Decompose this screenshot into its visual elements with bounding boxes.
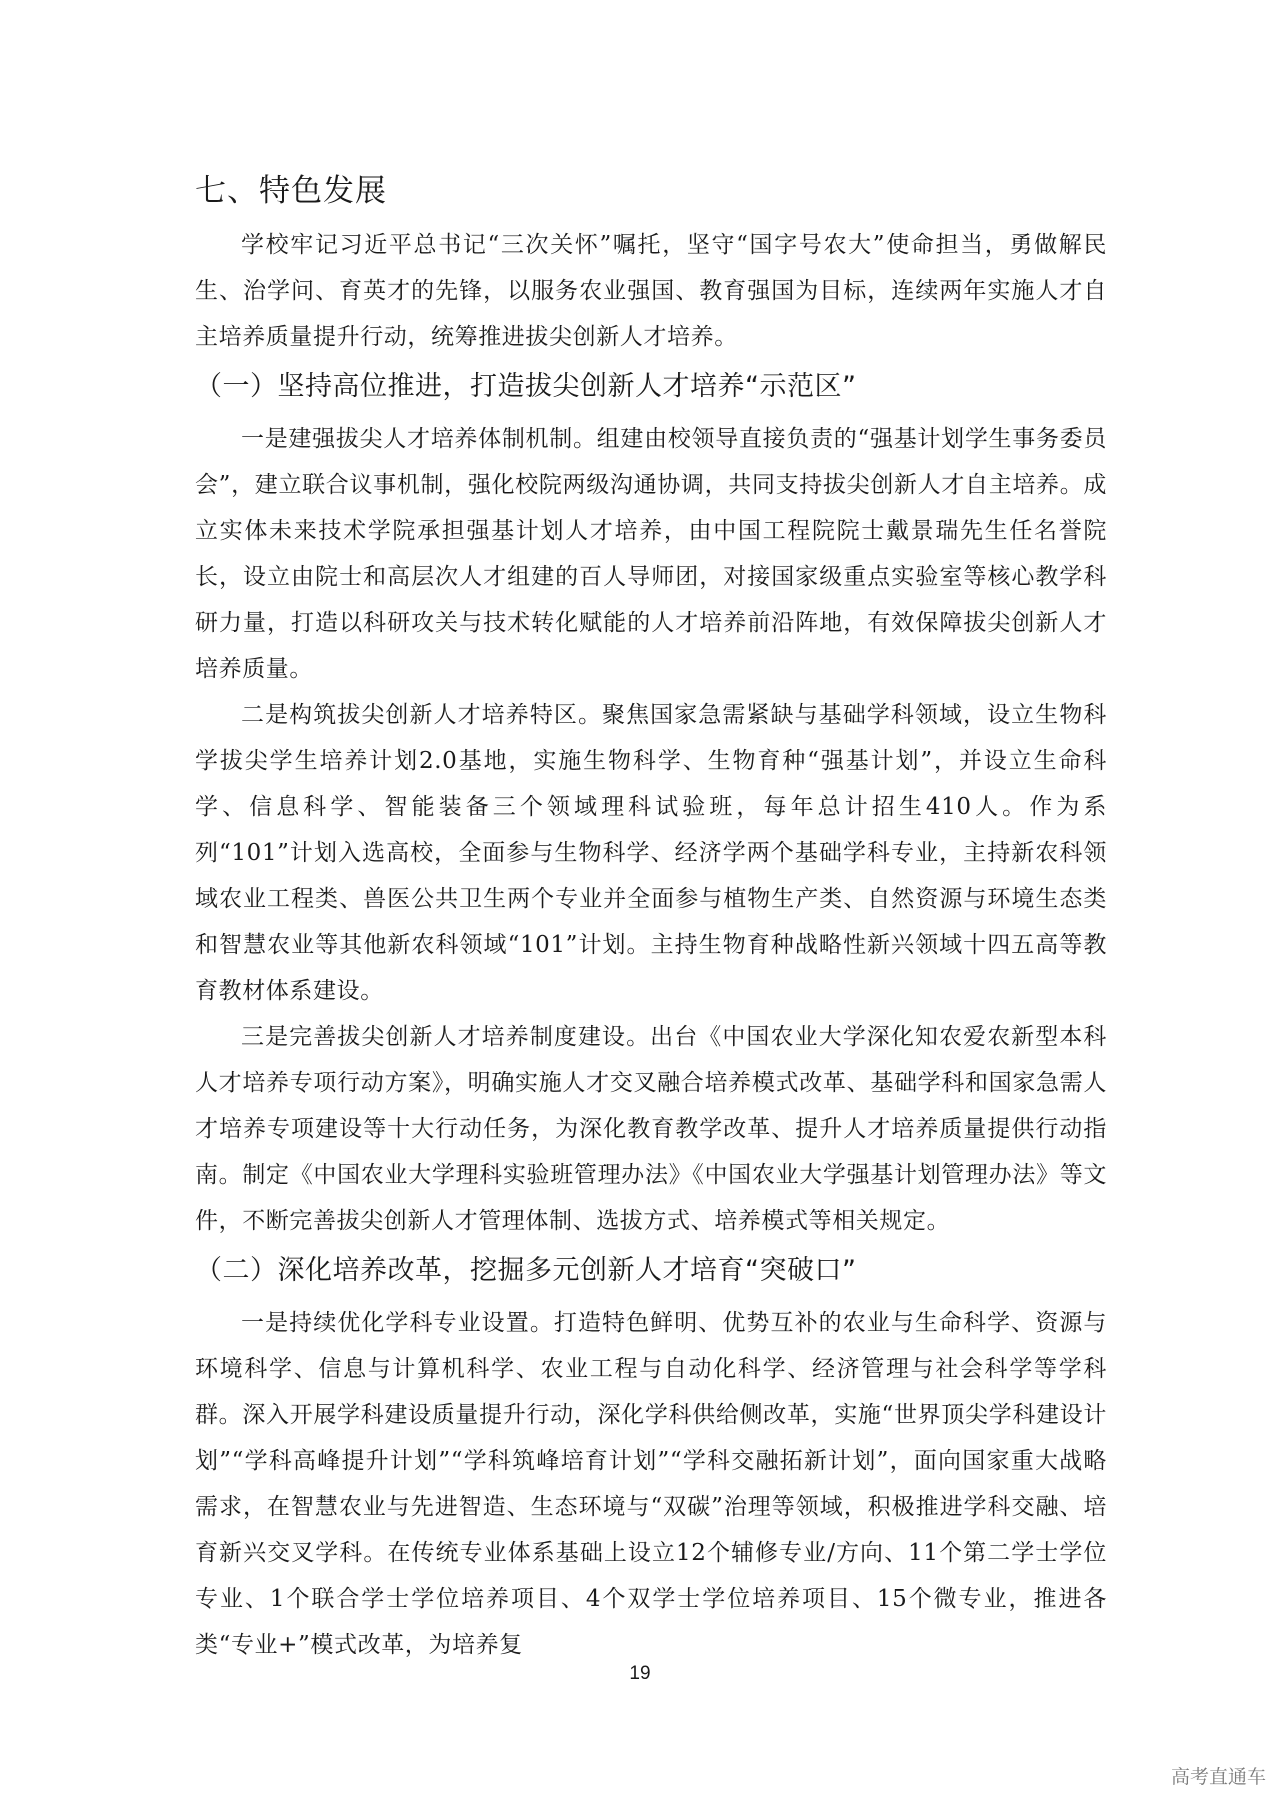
document-page: 七、特色发展 学校牢记习近平总书记“三次关怀”嘱托，坚守“国字号农大”使命担当，… (195, 168, 1107, 1668)
intro-paragraph: 学校牢记习近平总书记“三次关怀”嘱托，坚守“国字号农大”使命担当，勇做解民生、治… (195, 222, 1107, 360)
paragraph: 三是完善拔尖创新人才培养制度建设。出台《中国农业大学深化知农爱农新型本科人才培养… (195, 1014, 1107, 1244)
paragraph: 一是持续优化学科专业设置。打造特色鲜明、优势互补的农业与生命科学、资源与环境科学… (195, 1300, 1107, 1668)
section-title: 七、特色发展 (195, 168, 1107, 214)
subsection-title-2: （二）深化培养改革，挖掘多元创新人才培育“突破口” (195, 1248, 1107, 1294)
paragraph: 一是建强拔尖人才培养体制机制。组建由校领导直接负责的“强基计划学生事务委员会”，… (195, 416, 1107, 692)
paragraph: 二是构筑拔尖创新人才培养特区。聚焦国家急需紧缺与基础学科领域，设立生物科学拔尖学… (195, 692, 1107, 1014)
subsection-title-1: （一）坚持高位推进，打造拔尖创新人才培养“示范区” (195, 364, 1107, 410)
watermark: 高考直通车 (1171, 1762, 1266, 1789)
page-number: 19 (0, 1663, 1280, 1685)
